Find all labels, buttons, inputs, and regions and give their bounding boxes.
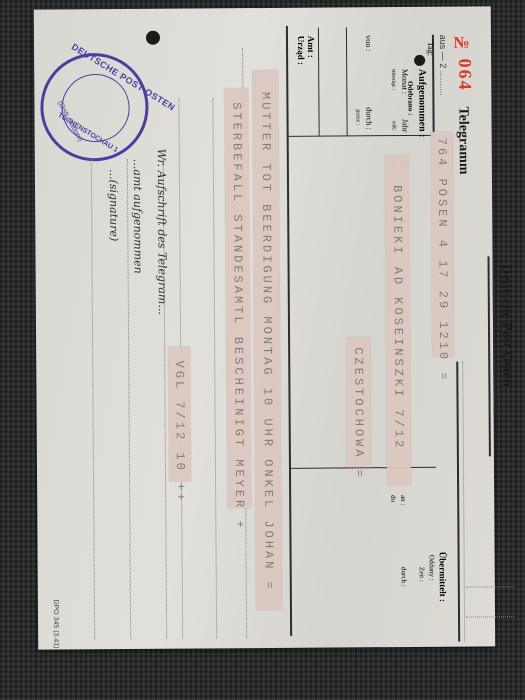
form-rule — [289, 135, 434, 137]
handwritten-note-2: ...amt aufgenommen — [131, 159, 145, 274]
guide-line — [462, 362, 465, 642]
guide-line — [212, 98, 217, 638]
brand-title: Deutsche Post Osten — [498, 264, 515, 386]
form-rule — [488, 256, 491, 456]
form-rule — [456, 362, 460, 642]
telegram-number: 064 — [454, 59, 475, 92]
label-do: do — [389, 495, 397, 502]
telegram-number-label: № — [452, 35, 470, 52]
guide-line — [466, 616, 514, 617]
punch-hole — [414, 55, 425, 66]
telegram-document: DEUTSCHE POST OSTEN TSCHENSTOCHAU 1 (Dis… — [34, 6, 495, 649]
guide-line — [466, 586, 514, 587]
label-durch-bottom: durch : — [400, 567, 408, 587]
handwritten-signature: ...(signature) — [107, 169, 121, 241]
label-monat: Monat : — [400, 69, 409, 94]
tape-message-1: MUTTER TOT BEERDIGUNG MONTAG 10 UHR ONKE… — [252, 70, 282, 610]
telegram-title: Telegramm — [454, 107, 470, 175]
form-rule — [346, 27, 348, 135]
tape-origin: 764 POSEN 4 17 29 1210 = — [431, 132, 455, 357]
label-miesiac: miesiąc : — [390, 69, 396, 91]
postal-stamp: DEUTSCHE POST OSTEN TSCHENSTOCHAU 1 (Dis… — [33, 46, 156, 169]
label-oddany: Oddany : — [428, 555, 436, 581]
label-urzad: Urząd : — [296, 36, 306, 65]
label-amt: Amt : — [306, 36, 316, 58]
tape-address-1: BONIEKI AD KOSEINSZKI 7/12 — [385, 155, 411, 485]
guide-line — [91, 159, 95, 639]
label-rok: rok: — [391, 121, 397, 131]
brand-underline — [493, 262, 496, 412]
label-aufgenommen: Aufgenommen : — [416, 69, 427, 138]
label-ubermittelt: Übermittelt : — [438, 552, 448, 602]
label-tag: Tag: — [426, 42, 435, 56]
punch-hole — [146, 31, 160, 45]
label-jahr: Jahr : — [401, 119, 410, 137]
label-an: an : — [399, 495, 407, 505]
form-rule — [286, 26, 292, 636]
label-von: von : — [364, 35, 373, 51]
tape-address-2: CZESTOCHOWA = — [346, 337, 371, 467]
form-rule — [318, 28, 320, 136]
tape-message-2: STERBEFALL STANDESAMTL BESCHEINIGT MEYER… — [224, 88, 251, 508]
label-zeit-bottom: Zeit : — [418, 567, 426, 582]
label-durch: durch : — [364, 107, 373, 129]
aus-label: aus — 2 .......... — [438, 35, 448, 96]
tape-footer: VGL 7/12 10 ++ — [168, 347, 191, 482]
handwritten-note-1: Wr. Aufschrift des Telegram... — [155, 149, 169, 315]
form-code: DPO 345 (3.41) — [52, 599, 59, 648]
label-przez: przez : — [354, 109, 360, 125]
